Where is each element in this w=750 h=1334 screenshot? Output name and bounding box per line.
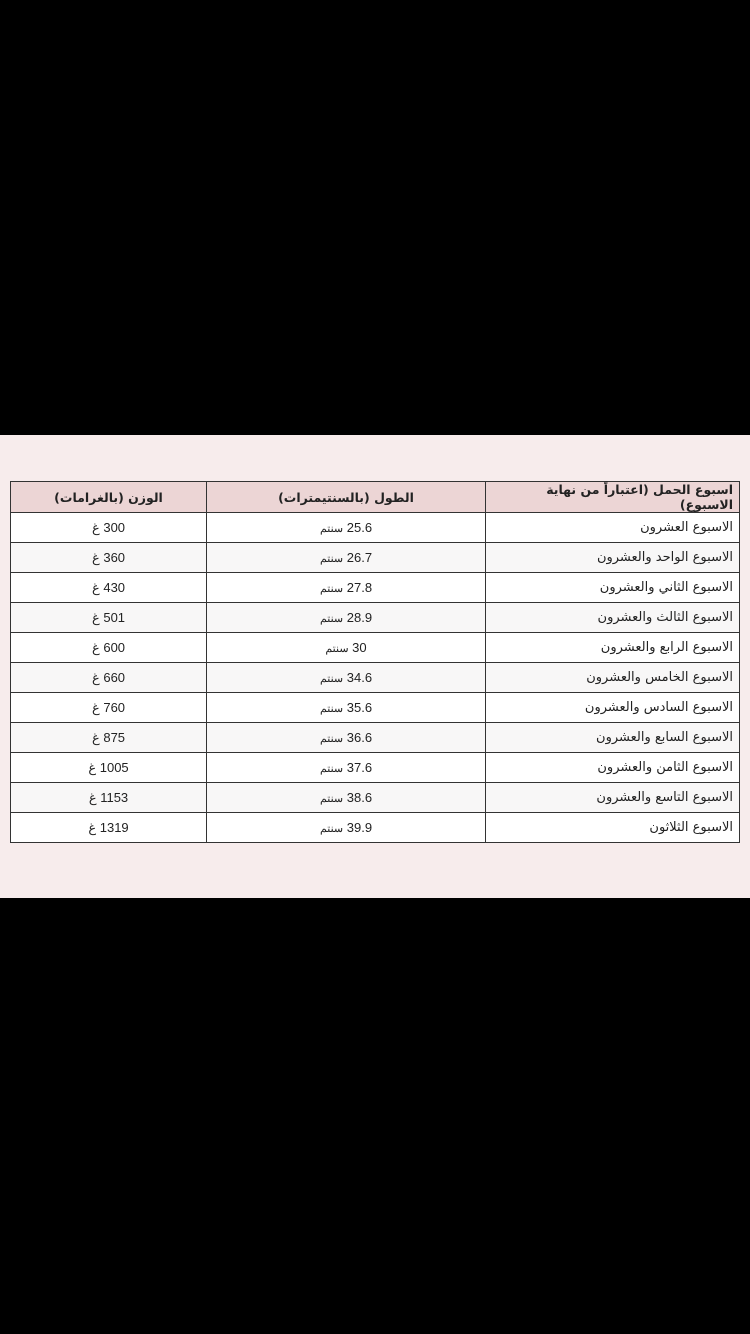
- length-value: 26.7: [347, 550, 372, 565]
- cell-week: الاسبوع الثامن والعشرون: [486, 753, 740, 783]
- weight-unit: غ: [92, 640, 100, 655]
- table-row: الاسبوع التاسع والعشرون38.6 سنتم1153 غ: [11, 783, 740, 813]
- cell-length: 28.9 سنتم: [207, 603, 486, 633]
- cell-weight: 501 غ: [11, 603, 207, 633]
- cell-week: الاسبوع الخامس والعشرون: [486, 663, 740, 693]
- length-value: 35.6: [347, 700, 372, 715]
- cell-weight: 875 غ: [11, 723, 207, 753]
- weight-unit: غ: [92, 700, 100, 715]
- table-row: الاسبوع الخامس والعشرون34.6 سنتم660 غ: [11, 663, 740, 693]
- cell-length: 35.6 سنتم: [207, 693, 486, 723]
- length-value: 34.6: [347, 670, 372, 685]
- cell-weight: 600 غ: [11, 633, 207, 663]
- weight-value: 1319: [100, 820, 129, 835]
- header-weight: الوزن (بالغرامات): [11, 482, 207, 513]
- length-value: 37.6: [347, 760, 372, 775]
- cell-weight: 660 غ: [11, 663, 207, 693]
- length-unit: سنتم: [320, 703, 343, 715]
- length-unit: سنتم: [320, 523, 343, 535]
- table-row: الاسبوع الرابع والعشرون30 سنتم600 غ: [11, 633, 740, 663]
- weight-unit: غ: [92, 730, 100, 745]
- table-row: الاسبوع الثلاثون39.9 سنتم1319 غ: [11, 813, 740, 843]
- length-value: 27.8: [347, 580, 372, 595]
- weight-unit: غ: [92, 520, 100, 535]
- length-value: 30: [352, 640, 366, 655]
- cell-week: الاسبوع السابع والعشرون: [486, 723, 740, 753]
- cell-weight: 360 غ: [11, 543, 207, 573]
- length-unit: سنتم: [320, 583, 343, 595]
- length-unit: سنتم: [325, 643, 348, 655]
- table-row: الاسبوع الواحد والعشرون26.7 سنتم360 غ: [11, 543, 740, 573]
- weight-unit: غ: [92, 550, 100, 565]
- cell-week: الاسبوع الثالث والعشرون: [486, 603, 740, 633]
- table-row: الاسبوع السابع والعشرون36.6 سنتم875 غ: [11, 723, 740, 753]
- cell-weight: 430 غ: [11, 573, 207, 603]
- table-row: الاسبوع السادس والعشرون35.6 سنتم760 غ: [11, 693, 740, 723]
- cell-length: 30 سنتم: [207, 633, 486, 663]
- weight-unit: غ: [92, 670, 100, 685]
- cell-length: 26.7 سنتم: [207, 543, 486, 573]
- weight-value: 600: [103, 640, 125, 655]
- header-length: الطول (بالسنتيمترات): [207, 482, 486, 513]
- cell-week: الاسبوع الرابع والعشرون: [486, 633, 740, 663]
- weight-value: 1153: [100, 790, 128, 805]
- cell-length: 39.9 سنتم: [207, 813, 486, 843]
- cell-length: 27.8 سنتم: [207, 573, 486, 603]
- cell-length: 38.6 سنتم: [207, 783, 486, 813]
- cell-length: 36.6 سنتم: [207, 723, 486, 753]
- cell-length: 34.6 سنتم: [207, 663, 486, 693]
- length-unit: سنتم: [320, 823, 343, 835]
- table-row: الاسبوع الثاني والعشرون27.8 سنتم430 غ: [11, 573, 740, 603]
- weight-value: 760: [103, 700, 125, 715]
- cell-week: الاسبوع السادس والعشرون: [486, 693, 740, 723]
- cell-week: الاسبوع العشرون: [486, 513, 740, 543]
- length-unit: سنتم: [320, 733, 343, 745]
- table-header-row: اسبوع الحمل (اعتباراً من نهاية الاسبوع) …: [11, 482, 740, 513]
- table-row: الاسبوع الثامن والعشرون37.6 سنتم1005 غ: [11, 753, 740, 783]
- weight-value: 660: [103, 670, 125, 685]
- cell-weight: 300 غ: [11, 513, 207, 543]
- weight-value: 501: [103, 610, 125, 625]
- cell-week: الاسبوع التاسع والعشرون: [486, 783, 740, 813]
- table-row: الاسبوع العشرون25.6 سنتم300 غ: [11, 513, 740, 543]
- weight-unit: غ: [88, 820, 96, 835]
- length-unit: سنتم: [320, 763, 343, 775]
- cell-week: الاسبوع الواحد والعشرون: [486, 543, 740, 573]
- weight-unit: غ: [89, 790, 97, 805]
- weight-value: 875: [103, 730, 125, 745]
- length-value: 28.9: [347, 610, 372, 625]
- cell-weight: 1005 غ: [11, 753, 207, 783]
- length-value: 39.9: [347, 820, 372, 835]
- cell-week: الاسبوع الثاني والعشرون: [486, 573, 740, 603]
- length-value: 36.6: [347, 730, 372, 745]
- length-unit: سنتم: [320, 553, 343, 565]
- fetal-growth-table: اسبوع الحمل (اعتباراً من نهاية الاسبوع) …: [10, 481, 740, 843]
- weight-value: 360: [103, 550, 125, 565]
- length-unit: سنتم: [320, 793, 343, 805]
- length-value: 25.6: [347, 520, 372, 535]
- length-value: 38.6: [347, 790, 372, 805]
- weight-unit: غ: [88, 760, 96, 775]
- cell-weight: 1319 غ: [11, 813, 207, 843]
- length-unit: سنتم: [320, 673, 343, 685]
- header-week: اسبوع الحمل (اعتباراً من نهاية الاسبوع): [486, 482, 740, 513]
- weight-unit: غ: [92, 610, 100, 625]
- table-row: الاسبوع الثالث والعشرون28.9 سنتم501 غ: [11, 603, 740, 633]
- cell-length: 37.6 سنتم: [207, 753, 486, 783]
- cell-weight: 760 غ: [11, 693, 207, 723]
- weight-value: 430: [103, 580, 125, 595]
- weight-unit: غ: [92, 580, 100, 595]
- cell-weight: 1153 غ: [11, 783, 207, 813]
- length-unit: سنتم: [320, 613, 343, 625]
- cell-week: الاسبوع الثلاثون: [486, 813, 740, 843]
- cell-length: 25.6 سنتم: [207, 513, 486, 543]
- weight-value: 1005: [100, 760, 129, 775]
- weight-value: 300: [103, 520, 125, 535]
